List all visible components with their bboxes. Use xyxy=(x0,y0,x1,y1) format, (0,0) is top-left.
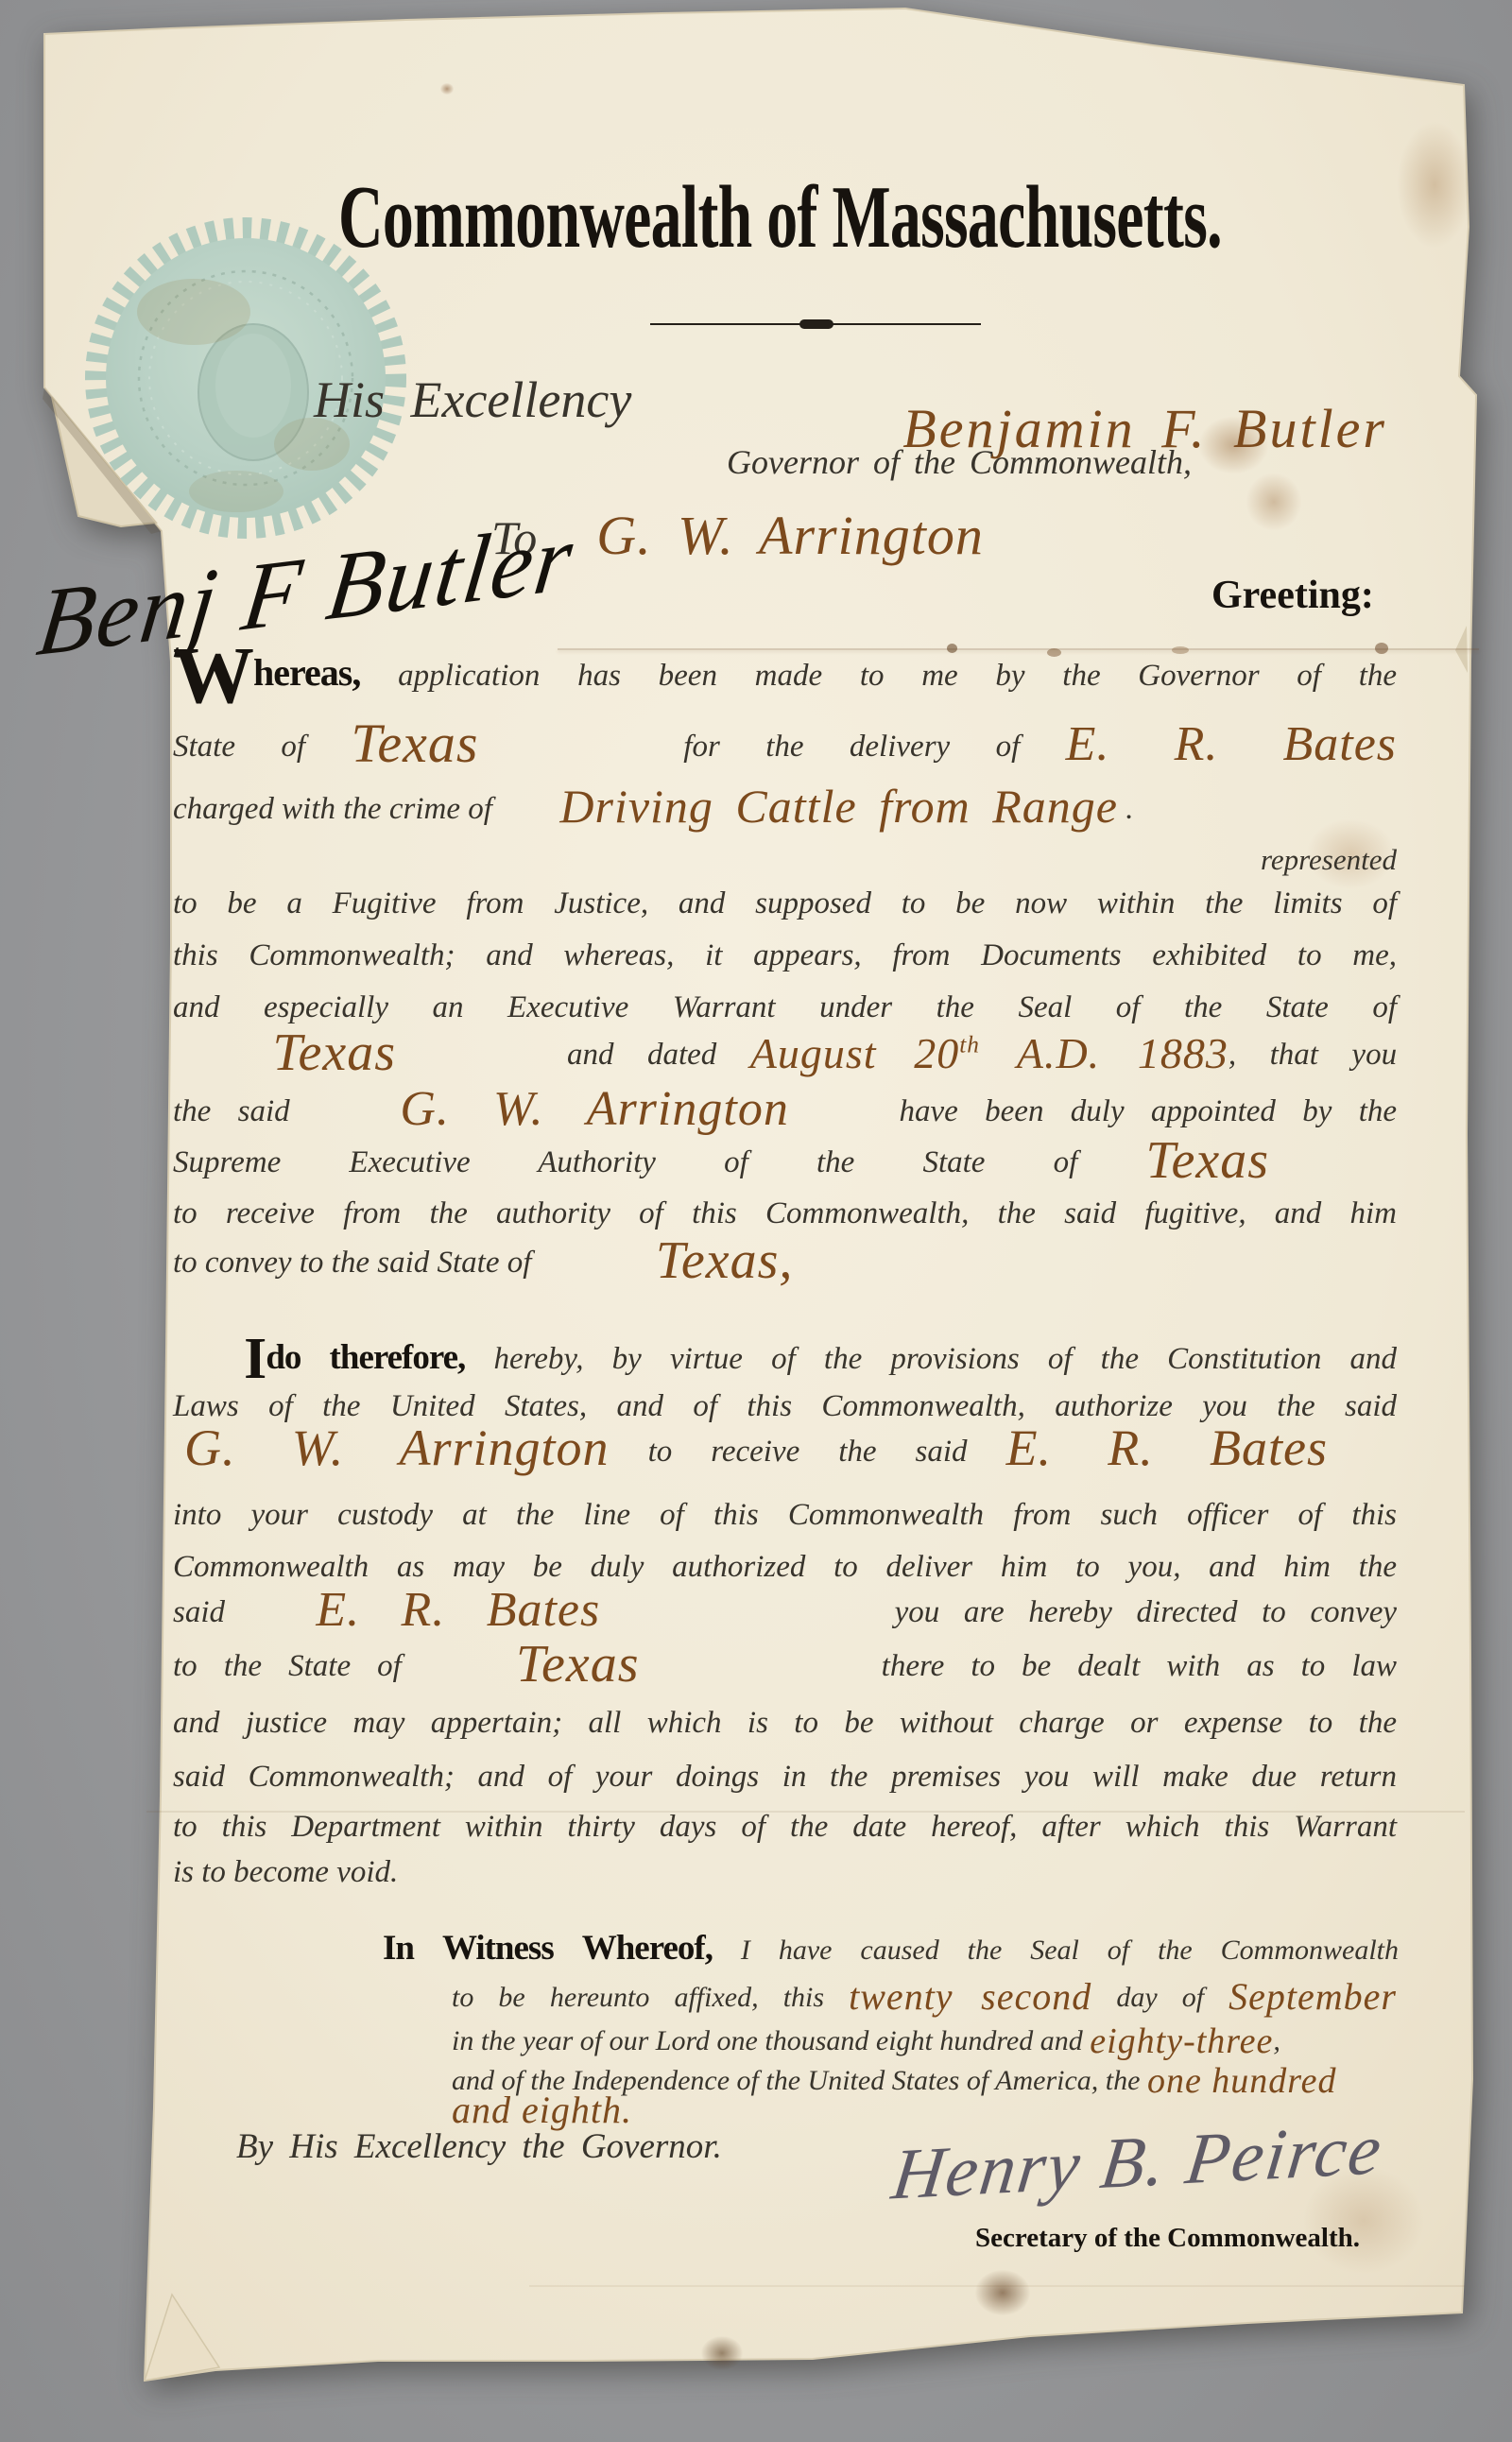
body-line-convey: to convey to the said State of Texas, xyxy=(173,1246,1212,1281)
agent-name-handwritten: G. W. Arrington xyxy=(400,1082,788,1136)
witness-text: day of xyxy=(1116,1982,1204,2013)
body-line-void: is to become void. xyxy=(173,1855,1023,1890)
stain xyxy=(975,2270,1030,2315)
stain xyxy=(1246,473,1302,531)
witness-period: . xyxy=(622,2089,632,2131)
body-line-authorize: G. W. Arrington to receive the said E. R… xyxy=(184,1435,1328,1470)
body-line-whereas: Whereas, application has been made to me… xyxy=(173,650,1397,695)
therefore-lead: do therefore, xyxy=(266,1338,465,1377)
whereas-word: hereas, xyxy=(253,651,360,694)
witness-text: I have caused the Seal of the Commonweal… xyxy=(741,1935,1399,1966)
body-line-return: said Commonwealth; and of your doings in… xyxy=(173,1760,1397,1795)
stain xyxy=(701,2336,743,2370)
fugitive-name-handwritten: E. R. Bates xyxy=(1006,1419,1328,1476)
body-text: the said xyxy=(173,1094,290,1128)
in-witness-whereof-lead: In Witness Whereof, xyxy=(383,1929,713,1968)
photograph-backdrop: { "title": { "text": "Commonwealth of Ma… xyxy=(0,0,1512,2442)
greeting-label: Greeting: xyxy=(1211,573,1374,618)
body-line-fugitive1: to be a Fugitive from Justice, and suppo… xyxy=(173,886,1397,921)
salutation-row: His Excellency Benjamin F. Butler xyxy=(314,370,1387,429)
body-text: charged with the crime of xyxy=(173,792,492,826)
witness-text: to be hereunto affixed, this xyxy=(452,1982,824,2013)
his-excellency-label: His Excellency xyxy=(314,370,631,429)
body-line-fugitive2: this Commonwealth; and whereas, it appea… xyxy=(173,938,1397,973)
witness-line-1: In Witness Whereof, I have caused the Se… xyxy=(383,1928,1399,1969)
body-line-department: to this Department within thirty days of… xyxy=(173,1810,1397,1845)
body-text: you are hereby directed to convey xyxy=(895,1595,1397,1629)
agent-name-handwritten: G. W. Arrington xyxy=(184,1419,610,1476)
state-name-handwritten: Texas xyxy=(351,713,478,774)
body-line-authority: Supreme Executive Authority of the State… xyxy=(173,1145,1269,1180)
body-text: State of xyxy=(173,730,305,764)
independence-year-handwritten-2: and eighth xyxy=(452,2089,622,2131)
body-line-date: Texas and dated August 20th A.D. 1883, t… xyxy=(173,1038,1397,1073)
body-text: application has been made to me by the G… xyxy=(398,659,1397,693)
body-line-represented: represented xyxy=(173,843,1397,877)
therefore-dropcap: I xyxy=(244,1327,266,1391)
state-name-handwritten: Texas xyxy=(1145,1131,1269,1190)
independence-year-handwritten: one hundred xyxy=(1147,2061,1337,2101)
body-text: there to be dealt with as to law xyxy=(882,1649,1397,1683)
year-handwritten: eighty-three xyxy=(1090,2021,1273,2061)
secretary-title: Secretary of the Commonwealth. xyxy=(975,2223,1360,2254)
body-line-crime: charged with the crime of Driving Cattle… xyxy=(173,792,1397,827)
body-text: to convey to the said State of xyxy=(173,1246,531,1280)
stain xyxy=(1397,121,1472,249)
body-line-directed: said E. R. Bates you are hereby directed… xyxy=(173,1595,1397,1630)
body-text: to receive the said xyxy=(648,1435,968,1469)
body-line-custody2: Commonwealth as may be duly authorized t… xyxy=(173,1550,1397,1585)
divider-ornament xyxy=(650,319,981,329)
fugitive-name-handwritten: E. R. Bates xyxy=(1066,717,1397,771)
month-handwritten: September xyxy=(1228,1975,1397,2018)
body-text: said xyxy=(173,1595,225,1629)
body-text: , that you xyxy=(1228,1038,1397,1072)
body-text: for the delivery of xyxy=(683,730,1020,764)
by-his-excellency-line: By His Excellency the Governor. xyxy=(236,2126,898,2167)
crime-handwritten: Driving Cattle from Range xyxy=(559,780,1118,833)
body-line-state-delivery: State of Texas for the delivery of E. R.… xyxy=(173,730,1397,765)
date-ordinal: th xyxy=(959,1032,980,1058)
governor-title-line: Governor of the Commonwealth, xyxy=(666,442,1252,482)
body-line-therefore: Ido therefore, hereby, by virtue of the … xyxy=(173,1337,1397,1378)
fugitive-name-handwritten: E. R. Bates xyxy=(316,1583,600,1637)
day-handwritten: twenty second xyxy=(849,1975,1091,2018)
body-text: and dated xyxy=(567,1038,716,1072)
witness-line-3: in the year of our Lord one thousand eig… xyxy=(452,2025,1406,2057)
body-line-justice: and justice may appertain; all which is … xyxy=(173,1706,1397,1741)
state-name-handwritten: Texas, xyxy=(656,1231,794,1290)
body-text: to the State of xyxy=(173,1649,402,1683)
witness-line-5: and eighth. xyxy=(452,2098,1019,2130)
witness-text: , xyxy=(1273,2025,1280,2056)
body-text: . xyxy=(1125,792,1133,826)
stain xyxy=(440,83,454,95)
witness-text: in the year of our Lord one thousand eig… xyxy=(452,2025,1083,2056)
body-line-dealt: to the State of Texas there to be dealt … xyxy=(173,1649,1397,1684)
witness-line-2: to be hereunto affixed, this twenty seco… xyxy=(452,1982,1397,2014)
document-title: Commonwealth of Massachusetts. xyxy=(338,166,1331,268)
body-line-receive: to receive from the authority of this Co… xyxy=(173,1196,1397,1231)
body-line-custody1: into your custody at the line of this Co… xyxy=(173,1498,1397,1533)
state-name-handwritten: Texas xyxy=(272,1023,396,1082)
body-text: hereby, by virtue of the provisions of t… xyxy=(493,1342,1397,1376)
recipient-name-handwritten: G. W. Arrington xyxy=(596,505,984,566)
body-text: Supreme Executive Authority of the State… xyxy=(173,1145,1077,1179)
body-text: have been duly appointed by the xyxy=(900,1094,1398,1128)
whereas-dropcap: W xyxy=(173,629,253,720)
body-line-appointed: the said G. W. Arrington have been duly … xyxy=(173,1094,1397,1129)
state-name-handwritten: Texas xyxy=(516,1635,640,1694)
body-line-fugitive3: and especially an Executive Warrant unde… xyxy=(173,990,1397,1025)
warrant-date-handwritten: August 20th A.D. 1883 xyxy=(750,1029,1228,1077)
